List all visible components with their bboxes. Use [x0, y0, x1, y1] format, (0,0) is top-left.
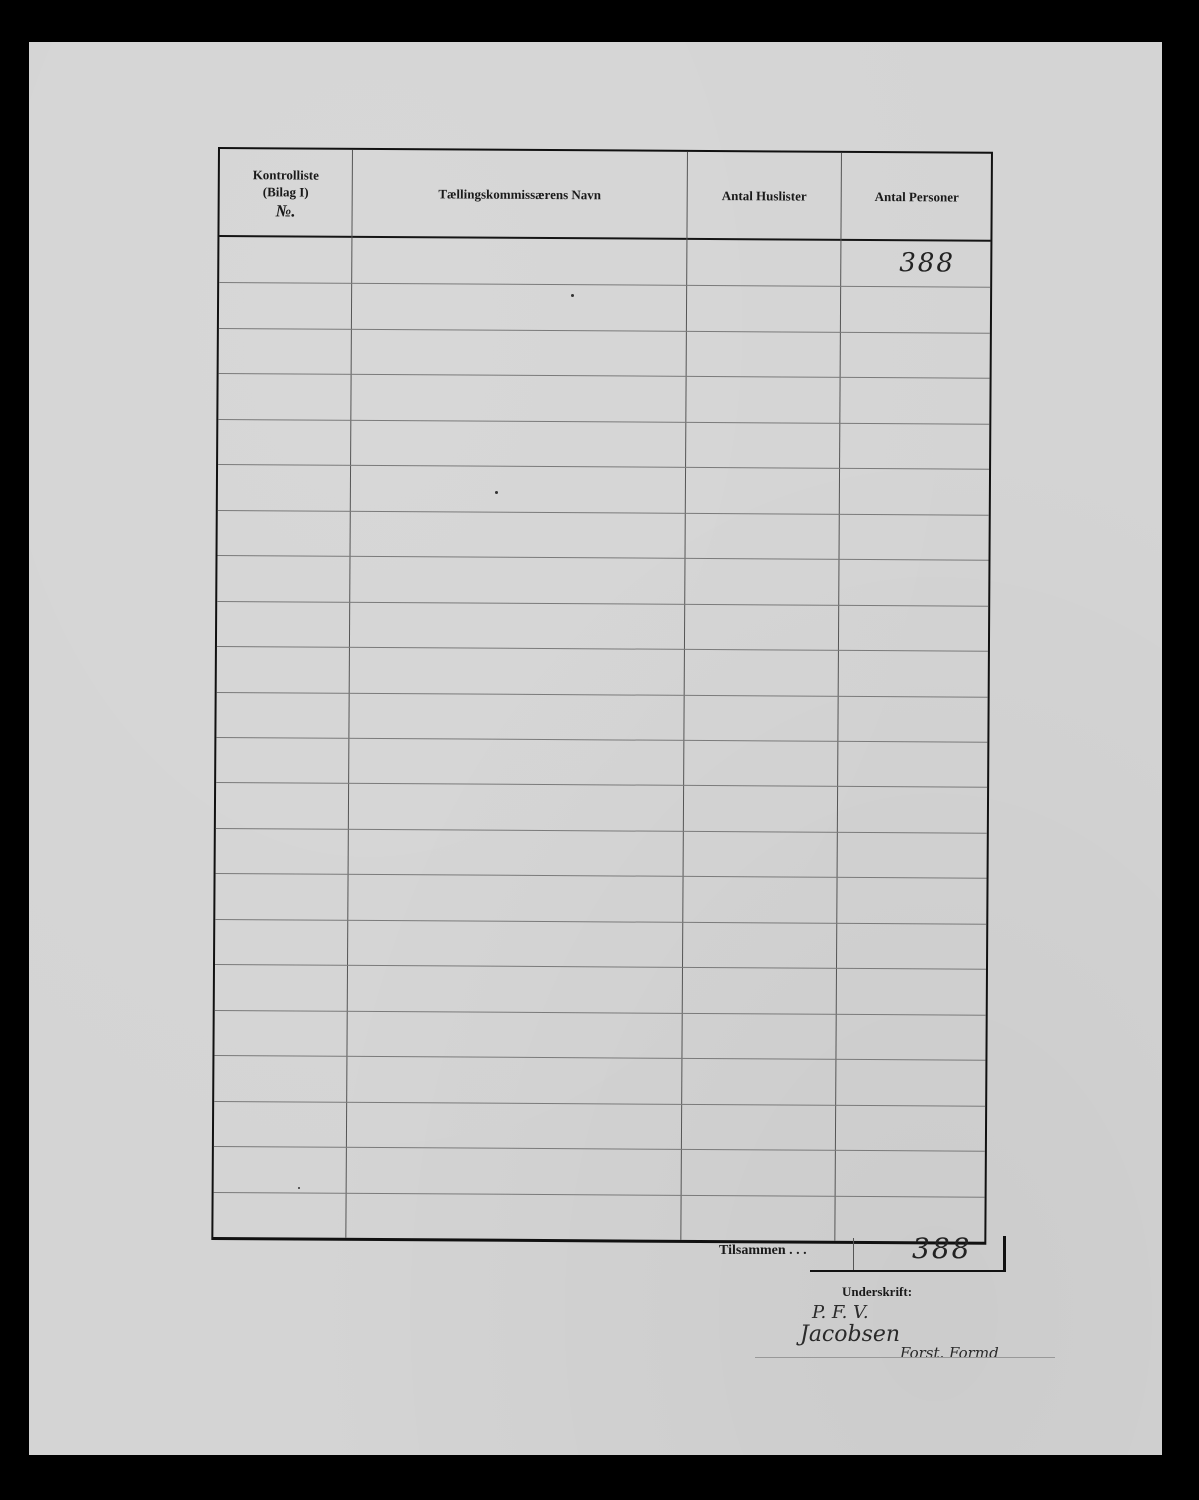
- table-header: Kontrolliste (Bilag I) №. Tællingskommis…: [219, 149, 991, 242]
- row-rule: [216, 873, 987, 879]
- row-rule: [219, 328, 990, 334]
- column-divider: [345, 150, 353, 1238]
- total-label: Tilsammen . . .: [719, 1243, 807, 1259]
- row-rule: [219, 373, 990, 379]
- signature-initials: P. F. V.: [812, 1302, 869, 1323]
- header-bilag-label: (Bilag I): [263, 183, 309, 200]
- header-personer-label: Antal Personer: [875, 188, 959, 206]
- row-rule: [216, 782, 987, 788]
- ink-speck: [495, 491, 498, 494]
- column-divider: [680, 152, 688, 1240]
- ink-speck: [298, 1187, 300, 1189]
- row-rule: [215, 964, 986, 970]
- ink-speck: [571, 294, 574, 297]
- numero-sign: №.: [276, 202, 296, 219]
- header-kontrolliste: Kontrolliste (Bilag I) №.: [219, 149, 352, 236]
- total-divider: [853, 1238, 854, 1270]
- row-rule: [219, 282, 990, 288]
- row-rule: [216, 737, 987, 743]
- signature-name: Jacobsen: [800, 1322, 900, 1347]
- row-rule: [217, 692, 988, 698]
- signature-line: [755, 1357, 1055, 1358]
- header-huslister-label: Antal Huslister: [722, 187, 807, 205]
- row-rule: [217, 646, 988, 652]
- row-rule: [218, 419, 989, 425]
- row-rule: [214, 1101, 985, 1107]
- signature-title: Forst. Formd: [900, 1344, 999, 1362]
- row-rule: [214, 1055, 985, 1061]
- row-rule: [218, 510, 989, 516]
- row-rule: [214, 1146, 985, 1152]
- total-border: [1003, 1236, 1006, 1270]
- column-divider: [834, 153, 842, 1241]
- total-row: Tilsammen . . . 388: [700, 1238, 1006, 1270]
- census-summary-table: Kontrolliste (Bilag I) №. Tællingskommis…: [211, 147, 993, 1245]
- row-1-personer-value: 388: [899, 248, 955, 278]
- header-personer: Antal Personer: [841, 153, 992, 240]
- row-rule: [215, 1010, 986, 1016]
- row-rule: [218, 464, 989, 470]
- row-rule: [215, 919, 986, 925]
- row-rule: [216, 828, 987, 834]
- signature-label: Underskrift:: [842, 1284, 912, 1300]
- header-kontrolliste-label: Kontrolliste: [253, 166, 319, 183]
- row-rule: [218, 555, 989, 561]
- header-navn-label: Tællingskommissærens Navn: [438, 185, 601, 203]
- header-navn: Tællingskommissærens Navn: [352, 150, 687, 238]
- row-rule: [214, 1192, 985, 1198]
- header-huslister: Antal Huslister: [687, 152, 841, 239]
- total-underline: [810, 1270, 1006, 1273]
- row-rule: [217, 601, 988, 607]
- total-value: 388: [912, 1232, 971, 1265]
